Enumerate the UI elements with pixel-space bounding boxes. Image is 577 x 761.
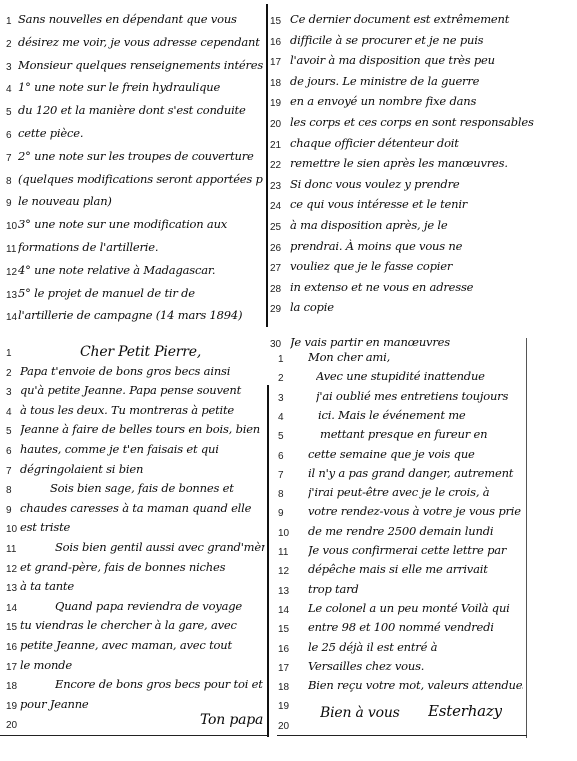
handwritten-text: le nouveau plan) bbox=[18, 194, 263, 208]
handwritten-text: le 25 déjà il est entré à bbox=[308, 640, 523, 654]
handwritten-text: Jeanne à faire de belles tours en bois, … bbox=[20, 422, 265, 436]
panel-bottom-right: 1Mon cher ami,2Avec une stupidité inatte… bbox=[278, 340, 528, 740]
line-number: 3 bbox=[6, 62, 12, 73]
line-number: 14 bbox=[278, 605, 289, 616]
text-line: 124° une note relative à Madagascar. bbox=[0, 261, 267, 285]
handwritten-text: Mon cher ami, bbox=[308, 350, 523, 364]
handwritten-text: votre rendez-vous à votre je vous prie bbox=[308, 504, 523, 518]
line-number: 12 bbox=[6, 267, 17, 278]
handwritten-text: Sois bien sage, fais de bonnes et bbox=[50, 481, 265, 495]
line-number: 4 bbox=[278, 412, 284, 423]
line-number: 4 bbox=[6, 407, 12, 418]
line-number: 26 bbox=[270, 243, 281, 254]
handwritten-text: est triste bbox=[20, 520, 265, 534]
line-number: 9 bbox=[6, 198, 12, 209]
line-number: 19 bbox=[270, 98, 281, 109]
handwritten-text: ce qui vous intéresse et le tenir bbox=[290, 197, 570, 211]
handwritten-text: vouliez que je le fasse copier bbox=[290, 259, 570, 273]
handwritten-text: chaudes caresses à ta maman quand elle bbox=[20, 501, 265, 515]
line-number: 4 bbox=[6, 84, 12, 95]
line-number: 2 bbox=[6, 39, 12, 50]
line-number: 11 bbox=[278, 547, 288, 558]
line-number: 27 bbox=[270, 263, 281, 274]
line-number: 1 bbox=[6, 16, 12, 27]
line-number: 2 bbox=[278, 373, 284, 384]
handwritten-text: ici. Mais le événement me bbox=[318, 408, 523, 422]
line-number: 23 bbox=[270, 181, 281, 192]
handwritten-text: cette semaine que je vois que bbox=[308, 447, 523, 461]
line-number: 14 bbox=[6, 312, 17, 323]
line-number: 16 bbox=[270, 37, 281, 48]
handwritten-text: mettant presque en fureur en bbox=[320, 427, 523, 441]
line-number: 15 bbox=[278, 624, 289, 635]
line-number: 17 bbox=[6, 662, 17, 673]
handwritten-text: les corps et ces corps en sont responsab… bbox=[290, 115, 570, 129]
handwritten-text: l'artillerie de campagne (14 mars 1894) bbox=[18, 308, 263, 322]
line-number: 1 bbox=[278, 354, 284, 365]
line-number: 12 bbox=[6, 564, 17, 575]
line-number: 19 bbox=[6, 701, 17, 712]
handwritten-text: en a envoyé un nombre fixe dans bbox=[290, 94, 570, 108]
handwritten-text: Versailles chez vous. bbox=[308, 659, 523, 673]
text-line: 9le nouveau plan) bbox=[0, 192, 267, 216]
handwritten-text: Sois bien gentil aussi avec grand'mère bbox=[55, 540, 265, 554]
handwritten-text: l'avoir à ma disposition que très peu bbox=[290, 53, 570, 67]
line-number: 5 bbox=[278, 431, 284, 442]
text-line: 103° une note sur une modification aux bbox=[0, 215, 267, 239]
text-line: 3Monsieur quelques renseignements intére… bbox=[0, 56, 267, 80]
line-number: 15 bbox=[270, 16, 281, 27]
text-line: 5du 120 et la manière dont s'est conduit… bbox=[0, 101, 267, 125]
line-number: 3 bbox=[6, 387, 12, 398]
line-number: 20 bbox=[278, 721, 289, 732]
panel-top-right: 15Ce dernier document est extrêmement16d… bbox=[268, 0, 577, 330]
panel-bottom-left: 1Cher Petit Pierre,2Papa t'envoie de bon… bbox=[0, 340, 268, 740]
line-number: 7 bbox=[278, 470, 284, 481]
line-number: 18 bbox=[6, 681, 17, 692]
line-number: 10 bbox=[6, 221, 17, 232]
line-number: 10 bbox=[6, 524, 17, 535]
line-number: 21 bbox=[270, 140, 281, 151]
handwritten-text: il n'y a pas grand danger, autrement bbox=[308, 466, 523, 480]
line-number: 14 bbox=[6, 603, 17, 614]
handwritten-text: tu viendras le chercher à la gare, avec bbox=[20, 618, 265, 632]
handwritten-text: 2° une note sur les troupes de couvertur… bbox=[18, 149, 263, 163]
line-number: 20 bbox=[270, 119, 281, 130]
line-number: 22 bbox=[270, 160, 281, 171]
handwritten-text: à tous les deux. Tu montreras à petite bbox=[20, 403, 265, 417]
handwritten-text: Papa t'envoie de bons gros becs ainsi bbox=[20, 364, 265, 378]
handwritten-text: prendrai. À moins que vous ne bbox=[290, 239, 570, 253]
handwritten-text: désirez me voir, je vous adresse cependa… bbox=[18, 35, 263, 49]
line-number: 16 bbox=[6, 642, 17, 653]
handwritten-text: qu'à petite Jeanne. Papa pense souvent bbox=[20, 383, 265, 397]
handwritten-text: dépêche mais si elle me arrivait bbox=[308, 562, 523, 576]
handwritten-text: petite Jeanne, avec maman, avec tout bbox=[20, 638, 265, 652]
line-number: 7 bbox=[6, 466, 12, 477]
text-line: 135° le projet de manuel de tir de bbox=[0, 284, 267, 308]
bottom-left-border-bottom bbox=[0, 735, 268, 736]
handwritten-text: Avec une stupidité inattendue bbox=[316, 369, 523, 383]
line-number: 15 bbox=[6, 622, 17, 633]
signature-esterhazy: Esterhazy bbox=[428, 702, 502, 720]
handwritten-text: Le colonel a un peu monté Voilà qui bbox=[308, 601, 523, 615]
line-number: 2 bbox=[6, 368, 12, 379]
text-line: 41° une note sur le frein hydraulique bbox=[0, 78, 267, 102]
handwritten-text: Cher Petit Pierre, bbox=[80, 344, 265, 360]
bottom-right-border-bottom bbox=[277, 735, 527, 736]
handwritten-text: 5° le projet de manuel de tir de bbox=[18, 286, 263, 300]
handwritten-text: difficile à se procurer et je ne puis bbox=[290, 33, 570, 47]
panel-top-left: 1Sans nouvelles en dépendant que vous2dé… bbox=[0, 0, 267, 330]
line-number: 9 bbox=[6, 505, 12, 516]
text-line: 14l'artillerie de campagne (14 mars 1894… bbox=[0, 306, 267, 330]
handwritten-text: Je vous confirmerai cette lettre par bbox=[308, 543, 523, 557]
line-number: 24 bbox=[270, 201, 281, 212]
line-number: 18 bbox=[278, 682, 289, 693]
signature-ton-papa: Ton papa bbox=[200, 712, 263, 728]
line-number: 6 bbox=[6, 446, 12, 457]
handwritten-text: de jours. Le ministre de la guerre bbox=[290, 74, 570, 88]
handwritten-text: formations de l'artillerie. bbox=[18, 240, 263, 254]
line-number: 6 bbox=[6, 130, 12, 141]
line-number: 19 bbox=[278, 701, 289, 712]
handwritten-text: le monde bbox=[20, 658, 265, 672]
handwritten-text: trop tard bbox=[308, 582, 523, 596]
line-number: 12 bbox=[278, 566, 289, 577]
handwritten-text: 1° une note sur le frein hydraulique bbox=[18, 80, 263, 94]
handwritten-text: 3° une note sur une modification aux bbox=[18, 217, 263, 231]
handwritten-text: du 120 et la manière dont s'est conduite bbox=[18, 103, 263, 117]
handwritten-text: in extenso et ne vous en adresse bbox=[290, 280, 570, 294]
handwritten-text: Si donc vous voulez y prendre bbox=[290, 177, 570, 191]
line-number: 13 bbox=[6, 290, 17, 301]
line-number: 11 bbox=[6, 544, 16, 555]
handwritten-text: j'ai oublié mes entretiens toujours bbox=[316, 389, 523, 403]
line-number: 8 bbox=[6, 485, 12, 496]
line-number: 28 bbox=[270, 284, 281, 295]
handwritten-text: à ta tante bbox=[20, 579, 265, 593]
text-line: 1Sans nouvelles en dépendant que vous bbox=[0, 10, 267, 34]
line-number: 16 bbox=[278, 644, 289, 655]
line-number: 17 bbox=[278, 663, 289, 674]
line-number: 17 bbox=[270, 57, 281, 68]
line-number: 10 bbox=[278, 528, 289, 539]
line-number: 8 bbox=[278, 489, 284, 500]
handwritten-text: Bien reçu votre mot, valeurs attendues bbox=[308, 678, 523, 692]
text-line: 29la copie bbox=[268, 298, 577, 322]
handwritten-text: Encore de bons gros becs pour toi et bbox=[55, 677, 265, 691]
line-number: 3 bbox=[278, 393, 284, 404]
line-number: 6 bbox=[278, 451, 284, 462]
handwritten-text: j'irai peut-être avec je le crois, à bbox=[308, 485, 523, 499]
handwritten-text: 4° une note relative à Madagascar. bbox=[18, 263, 263, 277]
handwritten-text: et grand-père, fais de bonnes niches bbox=[20, 560, 265, 574]
bottom-right-border-right bbox=[526, 338, 527, 738]
handwritten-text: dégringolaient si bien bbox=[20, 462, 265, 476]
line-number: 8 bbox=[6, 176, 12, 187]
handwritten-text: hautes, comme je t'en faisais et qui bbox=[20, 442, 265, 456]
text-line: 2désirez me voir, je vous adresse cepend… bbox=[0, 33, 267, 57]
text-line: 11formations de l'artillerie. bbox=[0, 238, 267, 262]
line-number: 1 bbox=[6, 348, 12, 359]
handwritten-text: entre 98 et 100 nommé vendredi bbox=[308, 620, 523, 634]
handwritten-text: (quelques modifications seront apportées… bbox=[18, 172, 263, 186]
handwritten-text: pour Jeanne bbox=[20, 697, 265, 711]
closing-bien-a-vous: Bien à vous bbox=[320, 705, 400, 721]
text-line: 72° une note sur les troupes de couvertu… bbox=[0, 147, 267, 171]
handwritten-text: de me rendre 2500 demain lundi bbox=[308, 524, 523, 538]
line-number: 18 bbox=[270, 78, 281, 89]
line-number: 11 bbox=[6, 244, 16, 255]
handwritten-text: remettre le sien après les manœuvres. bbox=[290, 156, 570, 170]
line-number: 9 bbox=[278, 508, 284, 519]
line-number: 13 bbox=[6, 583, 17, 594]
handwritten-text: cette pièce. bbox=[18, 126, 263, 140]
line-number: 29 bbox=[270, 304, 281, 315]
handwritten-text: la copie bbox=[290, 300, 570, 314]
handwritten-text: Sans nouvelles en dépendant que vous bbox=[18, 12, 263, 26]
line-number: 5 bbox=[6, 107, 12, 118]
handwritten-text: Ce dernier document est extrêmement bbox=[290, 12, 570, 26]
line-number: 5 bbox=[6, 426, 12, 437]
handwritten-text: à ma disposition après, je le bbox=[290, 218, 570, 232]
handwritten-text: Quand papa reviendra de voyage bbox=[55, 599, 265, 613]
line-number: 25 bbox=[270, 222, 281, 233]
handwritten-text: Monsieur quelques renseignements intéres… bbox=[18, 58, 263, 72]
line-number: 20 bbox=[6, 720, 17, 731]
line-number: 7 bbox=[6, 153, 12, 164]
text-line: 6cette pièce. bbox=[0, 124, 267, 148]
line-number: 13 bbox=[278, 586, 289, 597]
bottom-left-border-right bbox=[267, 385, 269, 737]
text-line: 8(quelques modifications seront apportée… bbox=[0, 170, 267, 194]
handwritten-text: chaque officier détenteur doit bbox=[290, 136, 570, 150]
